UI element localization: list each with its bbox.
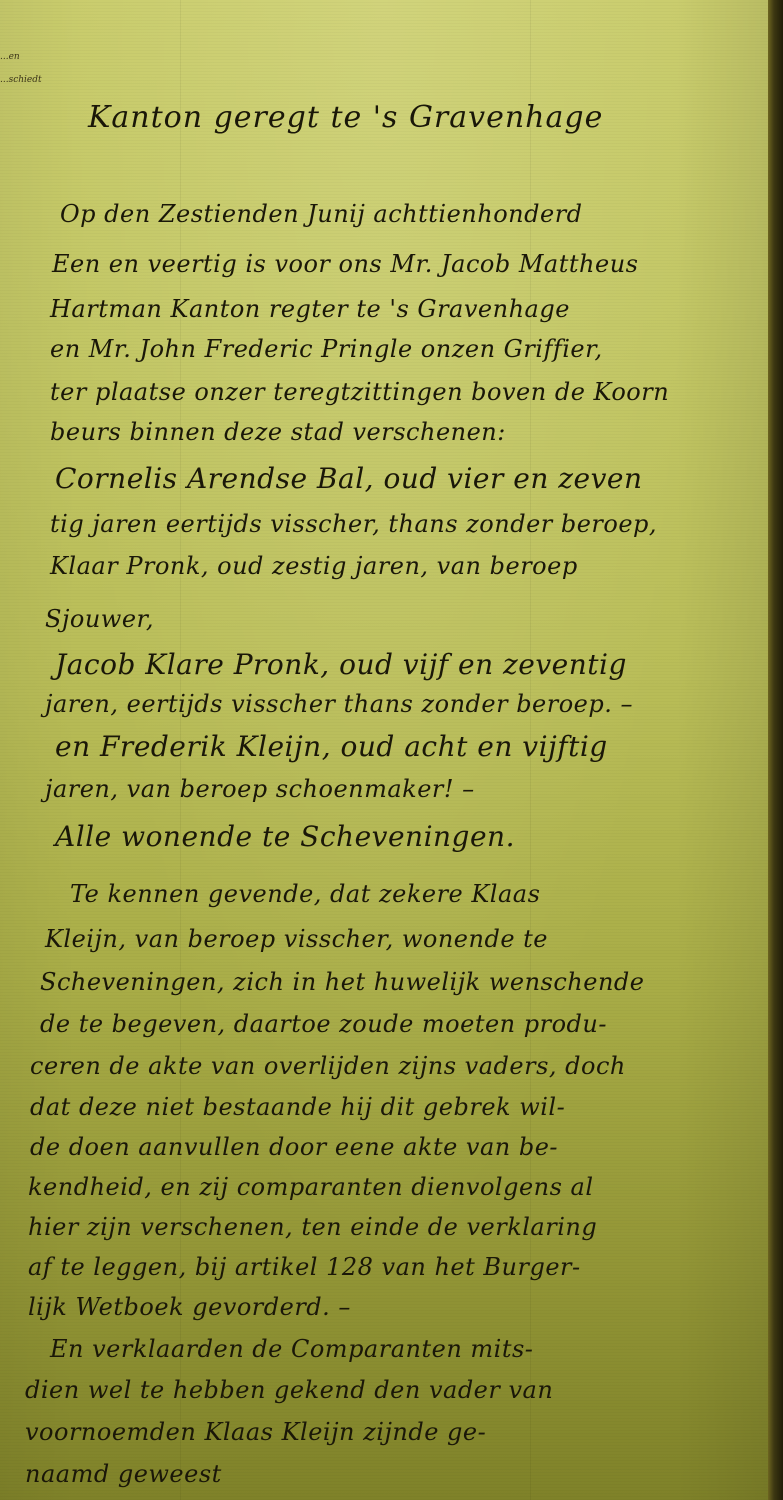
text-line: kendheid, en zij comparanten dienvolgens… xyxy=(28,1173,594,1201)
text-line: Een en veertig is voor ons Mr. Jacob Mat… xyxy=(52,250,638,278)
text-line: Scheveningen, zich in het huwelijk wensc… xyxy=(40,968,645,996)
text-line: Op den Zestienden Junij achttienhonderd xyxy=(60,200,583,228)
text-line: en Mr. John Frederic Pringle onzen Griff… xyxy=(50,335,603,363)
text-line: Sjouwer, xyxy=(45,605,154,633)
text-line: Jacob Klare Pronk, oud vijf en zeventig xyxy=(55,648,627,681)
margin-note: ...schiedt xyxy=(0,75,42,85)
text-line: Hartman Kanton regter te 's Gravenhage xyxy=(50,295,570,323)
page-binding-edge xyxy=(768,0,783,1500)
text-line: jaren, van beroep schoenmaker! – xyxy=(45,775,475,803)
text-line: dien wel te hebben gekend den vader van xyxy=(25,1376,553,1404)
text-line: jaren, eertijds visscher thans zonder be… xyxy=(45,690,633,718)
text-line: hier zijn verschenen, ten einde de verkl… xyxy=(28,1213,597,1241)
text-line: Te kennen gevende, dat zekere Klaas xyxy=(70,880,540,908)
text-line: de doen aanvullen door eene akte van be- xyxy=(30,1133,558,1161)
text-line: en Frederik Kleijn, oud acht en vijftig xyxy=(55,730,608,763)
text-line: beurs binnen deze stad verschenen: xyxy=(50,418,506,446)
text-line: ceren de akte van overlijden zijns vader… xyxy=(30,1052,626,1080)
text-line: dat deze niet bestaande hij dit gebrek w… xyxy=(30,1093,565,1121)
text-line: Alle wonende te Scheveningen. xyxy=(55,820,515,853)
text-line: Klaar Pronk, oud zestig jaren, van beroe… xyxy=(50,552,578,580)
document-title: Kanton geregt te 's Gravenhage xyxy=(88,100,603,135)
text-line: tig jaren eertijds visscher, thans zonde… xyxy=(50,510,657,538)
text-line: Kleijn, van beroep visscher, wonende te xyxy=(45,925,548,953)
text-line: de te begeven, daartoe zoude moeten prod… xyxy=(40,1010,607,1038)
text-line: ter plaatse onzer teregtzittingen boven … xyxy=(50,378,669,406)
text-line: voornoemden Klaas Kleijn zijnde ge- xyxy=(25,1418,486,1446)
text-line: naamd geweest xyxy=(25,1460,222,1488)
text-line: lijk Wetboek gevorderd. – xyxy=(28,1293,351,1321)
text-line: Cornelis Arendse Bal, oud vier en zeven xyxy=(55,462,643,495)
document-page: ...en ...schiedt Kanton geregt te 's Gra… xyxy=(0,0,768,1500)
text-line: af te leggen, bij artikel 128 van het Bu… xyxy=(28,1253,581,1281)
margin-note: ...en xyxy=(0,52,20,62)
text-line: En verklaarden de Comparanten mits- xyxy=(50,1335,533,1363)
